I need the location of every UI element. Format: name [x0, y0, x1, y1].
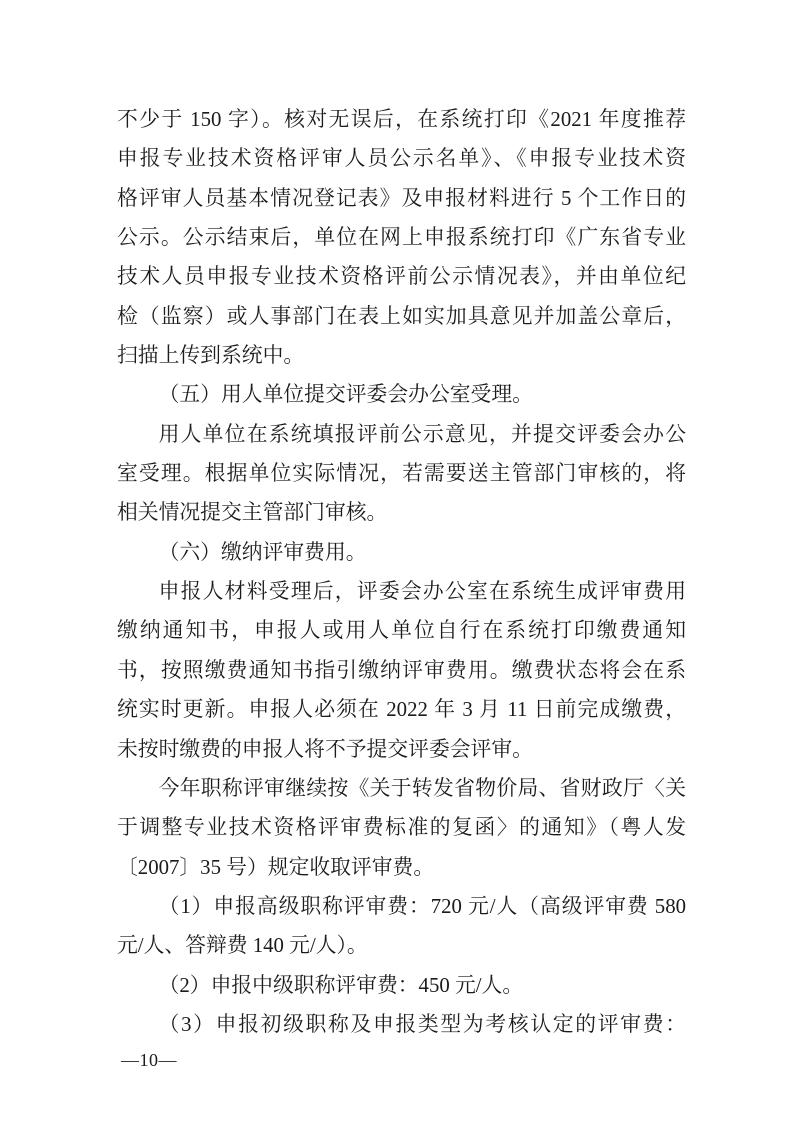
text-line: 于调整专业技术资格评审费标准的复函〉的通知》（粤人发 — [117, 808, 686, 847]
text-line: 用人单位在系统填报评前公示意见，并提交评委会办公 — [117, 415, 686, 454]
text-line: 缴纳通知书，申报人或用人单位自行在系统打印缴费通知 — [117, 611, 686, 650]
text-line: 室受理。根据单位实际情况，若需要送主管部门审核的，将 — [117, 454, 686, 493]
text-line: 元/人、答辩费 140 元/人）。 — [117, 926, 686, 965]
document-page: 不少于 150 字）。核对无误后，在系统打印《2021 年度推荐 申报专业技术资… — [0, 0, 800, 1131]
text-line: 扫描上传到系统中。 — [117, 336, 686, 375]
text-line: 申报人材料受理后，评委会办公室在系统生成评审费用 — [117, 572, 686, 611]
text-line: 统实时更新。申报人必须在 2022 年 3 月 11 日前完成缴费， — [117, 690, 686, 729]
document-body: 不少于 150 字）。核对无误后，在系统打印《2021 年度推荐 申报专业技术资… — [117, 100, 686, 1044]
text-line: 〔2007〕35 号）规定收取评审费。 — [117, 848, 686, 887]
text-line: 今年职称评审继续按《关于转发省物价局、省财政厅〈关 — [117, 769, 686, 808]
page-number: —10— — [121, 1049, 177, 1071]
text-line: 公示。公示结束后，单位在网上申报系统打印《广东省专业 — [117, 218, 686, 257]
text-line: 申报专业技术资格评审人员公示名单》、《申报专业技术资 — [117, 139, 686, 178]
text-line: 不少于 150 字）。核对无误后，在系统打印《2021 年度推荐 — [117, 100, 686, 139]
text-line: 书，按照缴费通知书指引缴纳评审费用。缴费状态将会在系 — [117, 651, 686, 690]
text-line section-heading: （六）缴纳评审费用。 — [117, 533, 686, 572]
text-line: 相关情况提交主管部门审核。 — [117, 493, 686, 532]
text-line list-item: （2）申报中级职称评审费：450 元/人。 — [117, 966, 686, 1005]
text-line: 技术人员申报专业技术资格评前公示情况表》，并由单位纪 — [117, 257, 686, 296]
text-line section-heading: （五）用人单位提交评委会办公室受理。 — [117, 375, 686, 414]
text-line list-item: （3）申报初级职称及申报类型为考核认定的评审费： — [117, 1005, 686, 1044]
text-line: 格评审人员基本情况登记表》及申报材料进行 5 个工作日的 — [117, 179, 686, 218]
text-line list-item: （1）申报高级职称评审费：720 元/人（高级评审费 580 — [117, 887, 686, 926]
text-line: 未按时缴费的申报人将不予提交评委会评审。 — [117, 730, 686, 769]
text-line: 检（监察）或人事部门在表上如实加具意见并加盖公章后， — [117, 297, 686, 336]
